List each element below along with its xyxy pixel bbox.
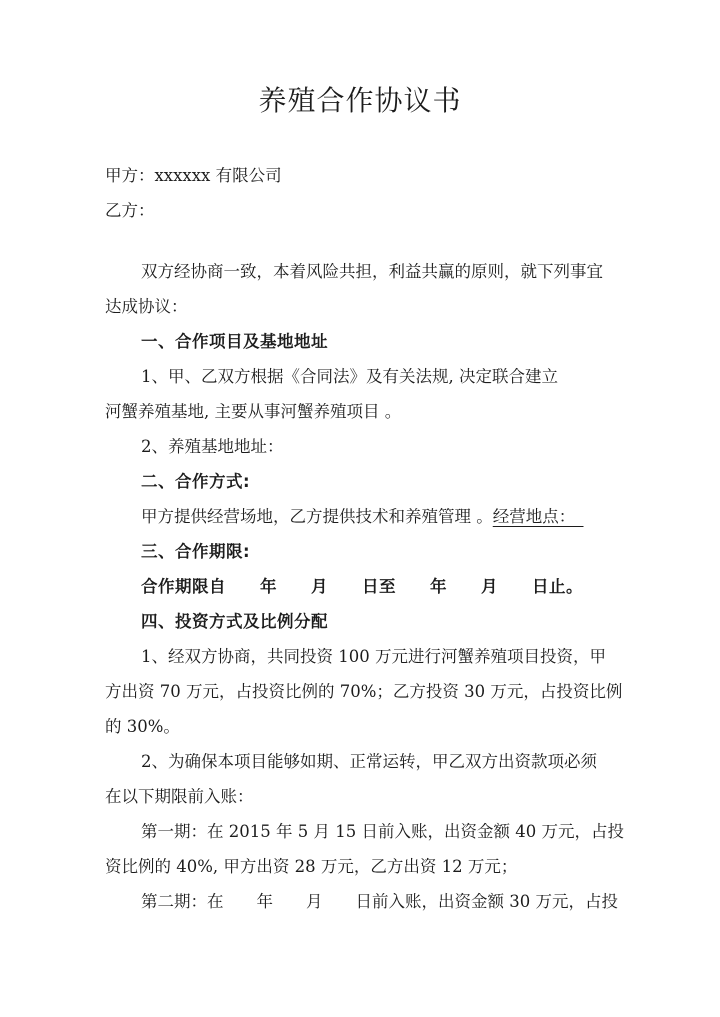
document-page: 养殖合作协议书 甲方：xxxxxx 有限公司 乙方： 双方经协商一致，本着风险共… xyxy=(0,0,720,1017)
section-4-item-1-line-3: 的 30%。 xyxy=(105,709,625,744)
section-2-underlined-blank: 经营地点： xyxy=(493,507,584,526)
section-2-body-line: 甲方提供经营场地，乙方提供技术和养殖管理 。经营地点： xyxy=(105,499,625,534)
section-4-phase-2-line-1: 第二期：在 年 月 日前入账，出资金额 30 万元，占投 xyxy=(105,884,625,919)
section-4-item-2-line-1: 2、为确保本项目能够如期、正常运转，甲乙双方出资款项必须 xyxy=(105,744,625,779)
section-3-heading: 三、合作期限: xyxy=(105,534,625,569)
section-4-heading: 四、投资方式及比例分配 xyxy=(105,604,625,639)
section-4-phase-1-line-1: 第一期：在 2015 年 5 月 15 日前入账，出资金额 40 万元，占投 xyxy=(105,814,625,849)
preamble-line-1: 双方经协商一致，本着风险共担，利益共赢的原则，就下列事宜 xyxy=(105,254,625,289)
blank-line xyxy=(105,228,625,254)
party-a-line: 甲方：xxxxxx 有限公司 xyxy=(105,158,625,193)
document-title: 养殖合作协议书 xyxy=(0,0,720,122)
section-1-item-1-line-1: 1、甲、乙双方根据《合同法》及有关法规, 决定联合建立 xyxy=(105,359,625,394)
section-4-item-1-line-1: 1、经双方协商，共同投资 100 万元进行河蟹养殖项目投资，甲 xyxy=(105,639,625,674)
preamble-line-2: 达成协议： xyxy=(105,289,625,324)
party-b-line: 乙方： xyxy=(105,193,625,228)
section-1-heading: 一、合作项目及基地地址 xyxy=(105,324,625,359)
section-4-item-2-line-2: 在以下期限前入账： xyxy=(105,779,625,814)
section-2-heading: 二、合作方式: xyxy=(105,464,625,499)
section-4-item-1-line-2: 方出资 70 万元，占投资比例的 70%；乙方投资 30 万元，占投资比例 xyxy=(105,674,625,709)
section-4-phase-1-line-2: 资比例的 40%, 甲方出资 28 万元，乙方出资 12 万元； xyxy=(105,849,625,884)
section-1-item-1-line-2: 河蟹养殖基地, 主要从事河蟹养殖项目 。 xyxy=(105,394,625,429)
section-2-body-text: 甲方提供经营场地，乙方提供技术和养殖管理 。 xyxy=(141,507,493,526)
document-body: 甲方：xxxxxx 有限公司 乙方： 双方经协商一致，本着风险共担，利益共赢的原… xyxy=(0,158,720,919)
section-1-item-2: 2、养殖基地地址： xyxy=(105,429,625,464)
section-3-term-line: 合作期限自 年 月 日至 年 月 日止。 xyxy=(105,569,625,604)
